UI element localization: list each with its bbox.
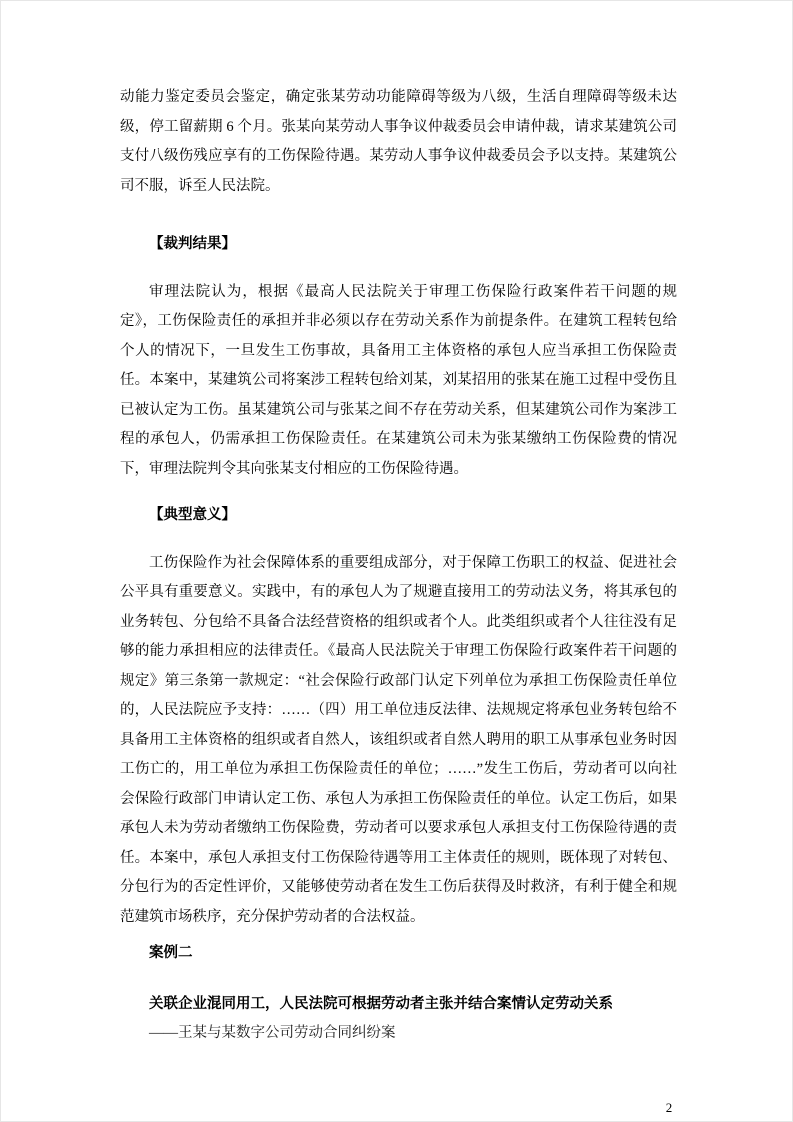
case2-title: 关联企业混同用工，人民法院可根据劳动者主张并结合案情认定劳动关系 [120,990,677,1020]
result-heading: 【裁判结果】 [120,230,677,260]
case2-label: 案例二 [120,939,677,969]
significance-heading: 【典型意义】 [120,501,677,531]
document-page: 动能力鉴定委员会鉴定，确定张某劳动功能障碍等级为八级，生活自理障碍等级未达级，停… [0,0,793,1122]
significance-paragraph: 工伤保险作为社会保障体系的重要组成部分，对于保障工伤职工的权益、促进社会公平具有… [120,549,677,933]
continuation-paragraph: 动能力鉴定委员会鉴定，确定张某劳动功能障碍等级为八级，生活自理障碍等级未达级，停… [120,83,677,201]
result-paragraph: 审理法院认为，根据《最高人民法院关于审理工伤保险行政案件若干问题的规定》，工伤保… [120,278,677,485]
document-body: 动能力鉴定委员会鉴定，确定张某劳动功能障碍等级为八级，生活自理障碍等级未达级，停… [120,83,677,1049]
case2-subtitle: ——王某与某数字公司劳动合同纠纷案 [120,1019,677,1049]
page-number: 2 [651,1098,687,1118]
